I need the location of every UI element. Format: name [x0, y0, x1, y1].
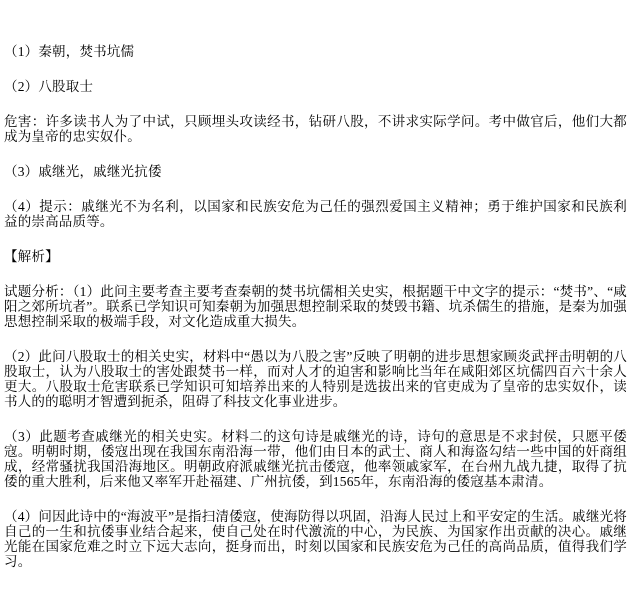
- answer-document: （1）秦朝，焚书坑儒 （2）八股取士 危害：许多读书人为了中试，只顾埋头攻读经书…: [0, 0, 630, 569]
- answer-harm-paragraph: 危害：许多读书人为了中试，只顾埋头攻读经书，钻研八股，不讲求实际学问。考中做官后…: [4, 114, 627, 144]
- answer-line-1: （1）秦朝，焚书坑儒: [4, 44, 627, 59]
- answer-line-2: （2）八股取士: [4, 79, 627, 94]
- answer-tip-paragraph: （4）提示：戚继光不为名利，以国家和民族安危为己任的强烈爱国主义精神；勇于维护国…: [4, 199, 627, 229]
- answer-line-3: （3）戚继光，戚继光抗倭: [4, 164, 627, 179]
- analysis-paragraph-2: （2）此问八股取士的相关史实，材料中“愚以为八股之害”反映了明朝的进步思想家顾炎…: [4, 349, 627, 409]
- analysis-paragraph-4: （4）问因此诗中的“海波平”是指扫清倭寇，使海防得以巩固，沿海人民过上和平安定的…: [4, 509, 627, 569]
- analysis-paragraph-3: （3）此题考查戚继光的相关史实。材料二的这句诗是戚继光的诗，诗句的意思是不求封侯…: [4, 429, 627, 489]
- analysis-header: 【解析】: [4, 249, 627, 264]
- analysis-paragraph-1: 试题分析：（1）此问主要考查主要考查秦朝的焚书坑儒相关史实，根据题干中文字的提示…: [4, 284, 627, 329]
